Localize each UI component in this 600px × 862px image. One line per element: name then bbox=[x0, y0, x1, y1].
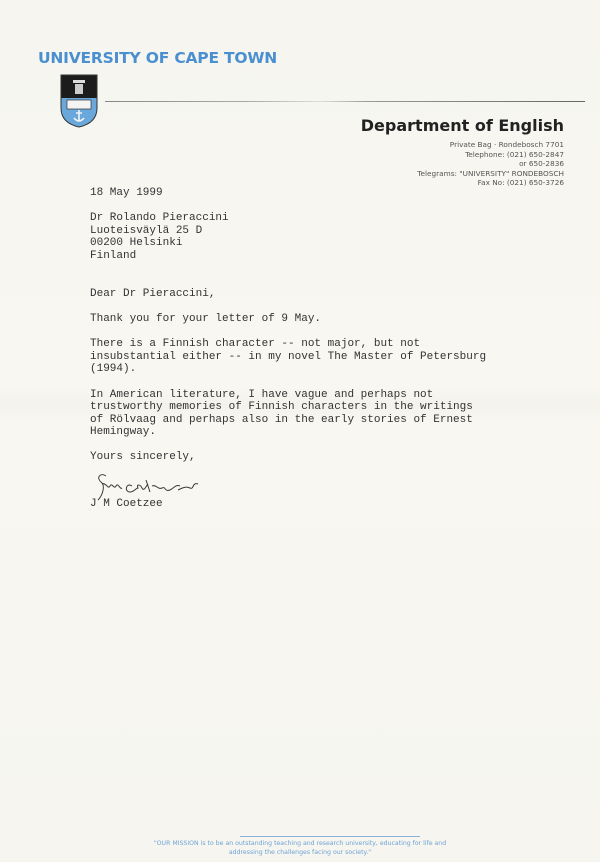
contact-address: Private Bag · Rondebosch 7701 bbox=[417, 140, 564, 150]
recipient-country: Finland bbox=[90, 250, 560, 263]
university-crest-icon bbox=[60, 74, 98, 128]
signatory-name: J M Coetzee bbox=[90, 498, 163, 510]
header-divider bbox=[105, 101, 585, 102]
closing: Yours sincerely, bbox=[90, 451, 560, 464]
department-name: Department of English bbox=[361, 116, 564, 135]
contact-telephone-alt: or 650-2836 bbox=[417, 159, 564, 169]
paragraph: In American literature, I have vague and… bbox=[90, 389, 560, 439]
university-name: UNIVERSITY OF CAPE TOWN bbox=[38, 49, 277, 67]
letter-date: 18 May 1999 bbox=[90, 187, 560, 200]
recipient-address: Dr Rolando Pieraccini Luoteisväylä 25 D … bbox=[90, 212, 560, 262]
recipient-street: Luoteisväylä 25 D bbox=[90, 225, 560, 238]
paragraph: There is a Finnish character -- not majo… bbox=[90, 338, 560, 376]
paragraph: Thank you for your letter of 9 May. bbox=[90, 313, 560, 326]
footer-divider bbox=[240, 836, 420, 837]
recipient-name: Dr Rolando Pieraccini bbox=[90, 212, 560, 225]
contact-telegrams: Telegrams: "UNIVERSITY" RONDEBOSCH bbox=[417, 169, 564, 179]
letter-page: UNIVERSITY OF CAPE TOWN Department of En… bbox=[0, 0, 600, 862]
contact-telephone: Telephone: (021) 650-2847 bbox=[417, 150, 564, 160]
salutation: Dear Dr Pieraccini, bbox=[90, 288, 560, 301]
letter-body: 18 May 1999 Dr Rolando Pieraccini Luotei… bbox=[90, 187, 560, 464]
recipient-city: 00200 Helsinki bbox=[90, 237, 560, 250]
mission-statement: "OUR MISSION is to be an outstanding tea… bbox=[150, 840, 450, 857]
contact-block: Private Bag · Rondebosch 7701 Telephone:… bbox=[417, 140, 564, 188]
